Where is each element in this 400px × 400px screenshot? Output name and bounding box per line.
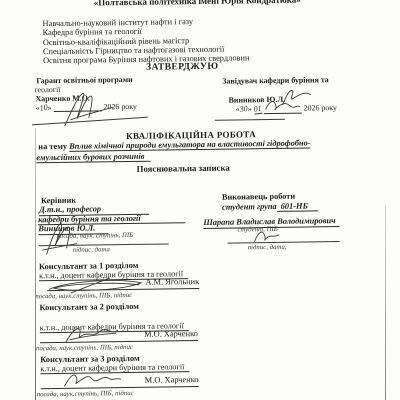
- document-page: «Полтавська політехніка імені Юрія Кондр…: [0, 0, 400, 400]
- handwritten-month: 01: [253, 104, 262, 115]
- approve-left-role2: геології: [34, 85, 60, 94]
- signature-kharchenko-approve: [58, 89, 117, 130]
- executor-group-label: студент група: [222, 201, 277, 211]
- supervisor-caption-sign: підпис, дата: [73, 246, 110, 254]
- university-title: «Полтавська політехніка імені Юрія Кондр…: [0, 0, 397, 9]
- consultant-2-heading: Консультант за 2 розділом: [39, 302, 139, 312]
- consultant-2-caption: посада, наук.ступінь, ПІБ, підпис: [36, 343, 133, 351]
- executor-heading: Виконавець роботи: [222, 192, 295, 202]
- approve-right-rule: [215, 119, 285, 121]
- work-subtitle: Пояснювальна записка: [136, 163, 229, 174]
- consultant-3-caption: посада, наук.ступінь, ПІБ, підпис: [37, 389, 134, 397]
- approve-right-role: Завідувач кафедри буріння та: [222, 75, 328, 86]
- signature-consultant-2: [62, 323, 122, 344]
- theme-text-2: емульсійних бурових розчинів: [36, 151, 150, 163]
- year-label: 2026 року: [304, 103, 337, 112]
- approve-heading: ЗАТВЕРДЖУЮ: [146, 62, 218, 73]
- executor-caption-sign: підпис, дата,: [248, 244, 287, 252]
- executor-group-line: студент група601-НБ: [222, 201, 318, 212]
- supervisor-heading: Керівник: [41, 196, 76, 205]
- signature-month-scribble: [263, 99, 301, 114]
- executor-group-value: 601-НБ: [277, 201, 318, 212]
- scan-edge-left: [35, 128, 36, 400]
- institute-block: Навчально-науковий інститут нафти і газу…: [42, 16, 249, 65]
- executor-sign-rule: [228, 241, 340, 244]
- consultant-1-caption: посада, наук.ступінь, ПІБ, підпис: [35, 291, 132, 299]
- signature-consultant-3: [60, 369, 122, 390]
- month-blank-line: [264, 105, 302, 115]
- theme-text-1: Вплив хімічної природи емульгатора на вл…: [69, 138, 310, 151]
- handwritten-day: 30: [239, 104, 248, 114]
- approve-right-date: «30» 01 2026 року: [236, 103, 337, 115]
- handwritten-day: 10: [39, 103, 48, 113]
- theme-prefix: на тему: [38, 142, 67, 151]
- approve-left-role: Гарант освітньої програми: [36, 75, 132, 85]
- scan-edge-right: [385, 205, 386, 400]
- theme-line1: на тему Вплив хімічної природи емульгато…: [38, 138, 310, 151]
- scanned-document-page: { "doc": { "university_line": "«Полтавсь…: [0, 0, 400, 400]
